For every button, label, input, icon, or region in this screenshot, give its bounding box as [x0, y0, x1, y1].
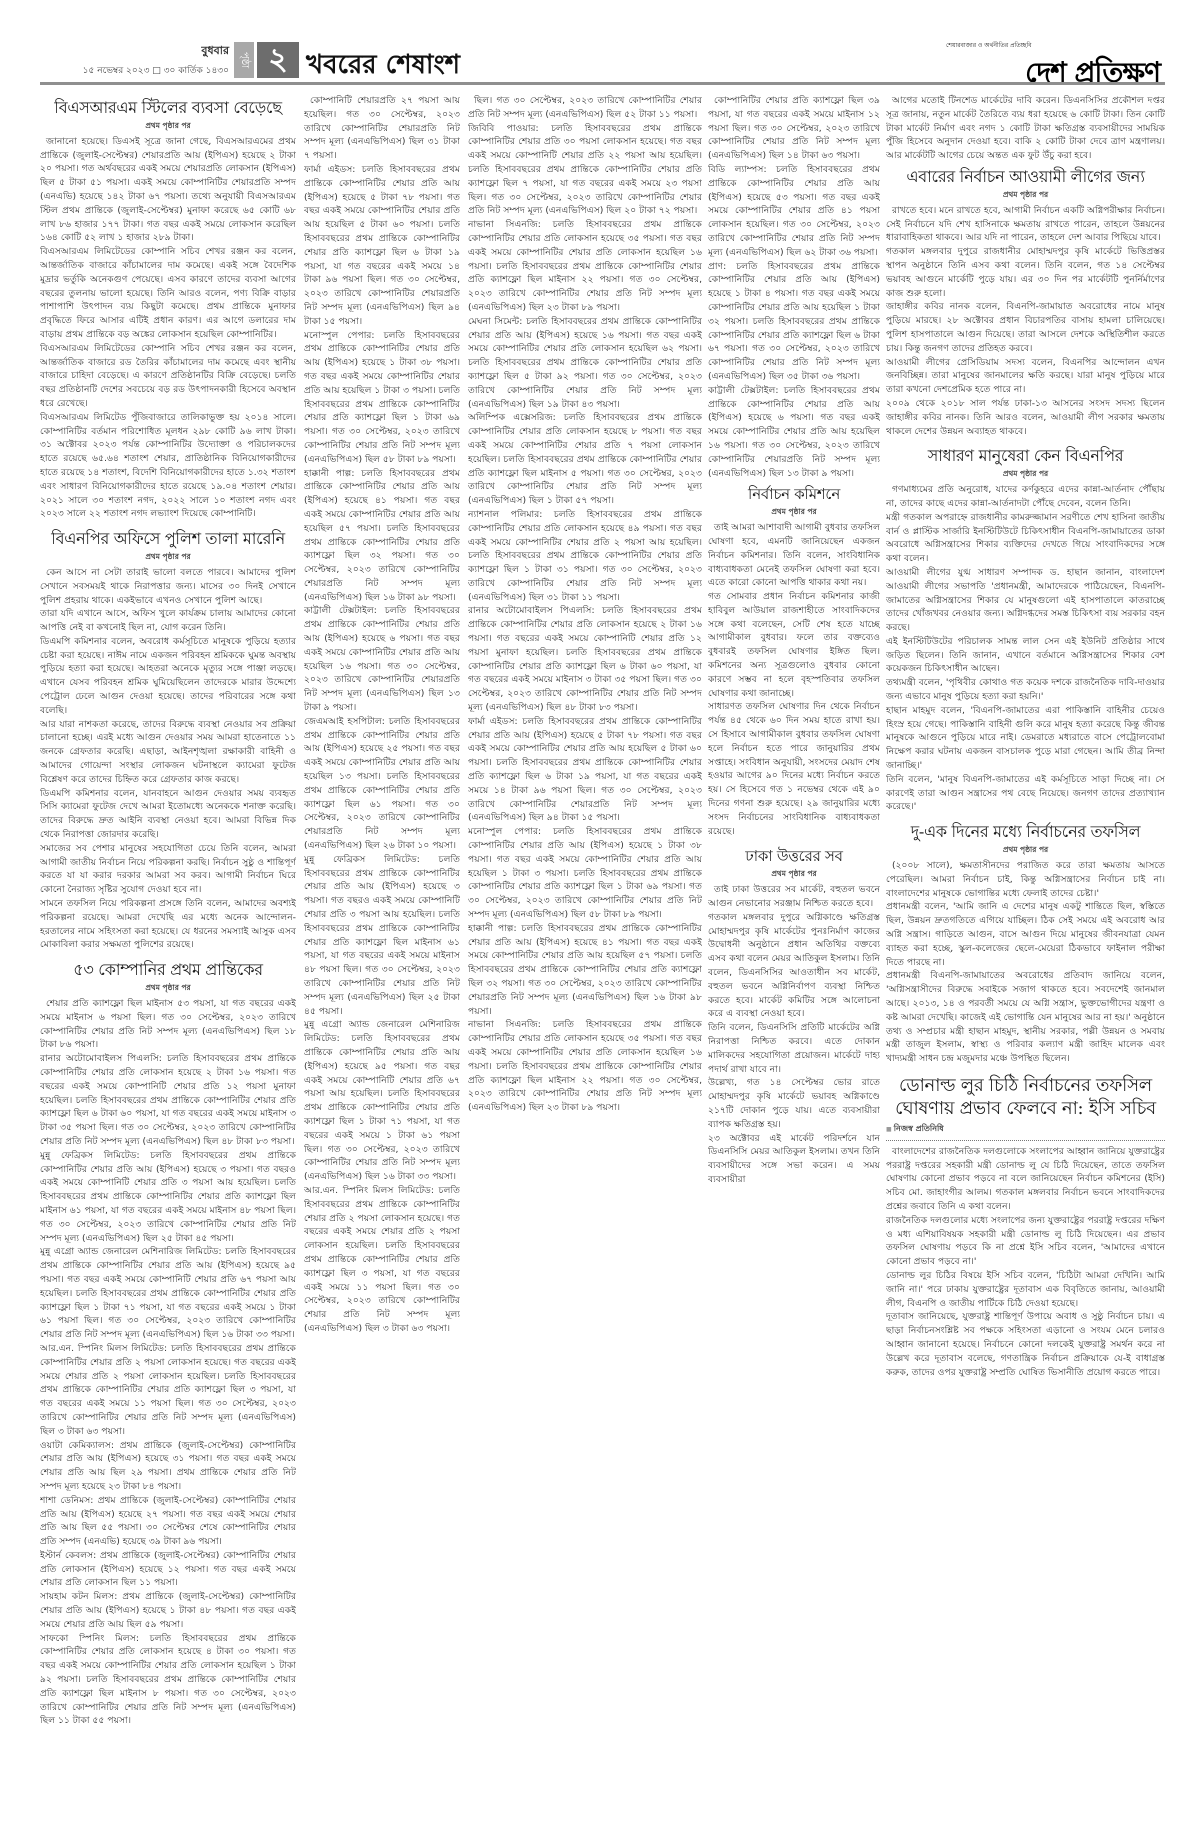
- weekday: বুধবার: [54, 42, 229, 61]
- company-item: হাক্কানী পাল্প: চলতি হিসাববছরের প্রথম প্…: [468, 922, 702, 1019]
- paragraph: বিএসআরএম লিমিটেডের কোম্পানি সচিব শেখর রঞ…: [40, 342, 296, 411]
- paragraph: গত সোমবার প্রধান নির্বাচন কমিশনার কাজী হ…: [708, 590, 880, 700]
- company-item: কাট্টালী টেক্সটাইল: চলতি হিসাববছরের প্রথ…: [304, 604, 460, 714]
- byline: নিজস্ব প্রতিনিধি: [886, 1122, 1165, 1137]
- company-item: প্রাণ: চলতি হিসাববছরের প্রথম প্রান্তিকে …: [708, 260, 880, 384]
- jump-label: প্রথম পৃষ্ঠার পর: [708, 505, 880, 519]
- paragraph: (২০০৮ সালে), ক্ষমতাসীনদের পরাজিত করে তার…: [886, 859, 1165, 900]
- headline-53-companies: ৫৩ কোম্পানির প্রথম প্রান্তিকের: [40, 960, 296, 980]
- story-schedule: দু-এক দিনের মধ্যে নির্বাচনের তফসিল প্রথম…: [886, 822, 1165, 1066]
- paragraph: প্রধানমন্ত্রী বিএনপি-জামায়াতের অবরোধের …: [886, 969, 1165, 1066]
- company-item: জিবিবি পাওয়ার: চলতি হিসাববছরের প্রথম প্…: [468, 122, 702, 219]
- page-number: ২: [257, 42, 299, 78]
- paragraph: তিনি বলেন, ডিএনসিসি প্রতিটি মার্কেটের অগ…: [708, 1021, 880, 1076]
- story-donald-lu: ডোনাল্ড লুর চিঠি নির্বাচনের তফসিল ঘোষণায…: [886, 1074, 1165, 1379]
- company-item: ওয়াটা কেমিক্যালস: প্রথম প্রান্তিকে (জুল…: [40, 1439, 296, 1494]
- column-4: কোম্পানিটির শেয়ার প্রতি ক্যাশফ্লো ছিল ৩…: [708, 94, 880, 1834]
- story-election-commission: নির্বাচন কমিশনে প্রথম পৃষ্ঠার পর তাই আমর…: [708, 484, 880, 838]
- masthead-tagline: শেয়ারবাজার ও অর্থনীতির প্রতিচ্ছবি: [940, 40, 1160, 51]
- paragraph: তাই আমরা আশাবাদী আগামী বুধবার তফসিল ঘোষণ…: [708, 521, 880, 590]
- company-item: নাভানা সিএনজি: চলতি হিসাববছরের প্রথম প্র…: [468, 218, 702, 315]
- column-5: আগের মতোই টিনশেড মার্কেটের দাবি করেন। ডি…: [886, 94, 1165, 1834]
- company-item: মুন্নু ফেব্রিকস লিমিটেড: চলতি হিসাববছরের…: [40, 1149, 296, 1246]
- story-bsrm: বিএসআরএম স্টিলের ব্যবসা বেড়েছে প্রথম পৃ…: [40, 98, 296, 521]
- company-item: শেয়ার প্রতি ক্যাশফ্লো ছিল মাইনাস ৫৩ পয়…: [40, 997, 296, 1052]
- paragraph: দূতাবাস জানিয়েছে, যুক্তরাষ্ট্র শান্তিপূ…: [886, 1310, 1165, 1379]
- jump-label: প্রথম পৃষ্ঠার পর: [40, 550, 296, 564]
- company-item: আর.এন. স্পিনিং মিলস লিমিটেড: চলতি হিসাবব…: [304, 1184, 460, 1336]
- story-bnp-why: সাধারণ মানুষেরা কেন বিএনপির প্রথম পৃষ্ঠা…: [886, 446, 1165, 814]
- paragraph: আগের মতোই টিনশেড মার্কেটের দাবি করেন। ডি…: [886, 94, 1165, 163]
- company-item: ফার্মা এইডস: চলতি হিসাববছরের প্রথম প্রান…: [468, 715, 702, 825]
- jump-label: প্রথম পৃষ্ঠার পর: [40, 119, 296, 133]
- jump-label: প্রথম পৃষ্ঠার পর: [886, 843, 1165, 857]
- jump-label: প্রথম পৃষ্ঠার পর: [708, 867, 880, 881]
- paragraph: রাজনৈতিক দলগুলোর মধ্যে সংলাপের জন্য যুক্…: [886, 1214, 1165, 1269]
- story-dhaka-north: ঢাকা উত্তরের সব প্রথম পৃষ্ঠার পর তাই ঢাক…: [708, 846, 880, 1186]
- paragraph: জাহাঙ্গীর কবির নানক বলেন, বিএনপি-জামায়া…: [886, 300, 1165, 355]
- paragraph: তথ্যমন্ত্রী বলেন, 'পৃথিবীর কোথাও গত কয়ে…: [886, 676, 1165, 704]
- column-3: ছিল। গত ৩০ সেপ্টেম্বর, ২০২৩ তারিখে কোম্প…: [468, 94, 702, 1834]
- paragraph: প্রধানমন্ত্রী বলেন, 'আমি জানি এ দেশের মা…: [886, 900, 1165, 969]
- company-item: ছিল। গত ৩০ সেপ্টেম্বর, ২০২৩ তারিখে কোম্প…: [468, 94, 702, 122]
- paragraph: আওয়ামী লীগের প্রেসিডিয়াম সদস্য বলেন, ব…: [886, 356, 1165, 397]
- company-item: সায়হাম কটন মিলস: প্রথম প্রান্তিকে (জুলা…: [40, 1590, 296, 1631]
- company-item: মুন্নু ফেব্রিকস লিমিটেড: চলতি হিসাববছরের…: [304, 853, 460, 1019]
- paragraph: তারা যদি এখানে আসে, অফিস খুলে কার্যক্রম …: [40, 607, 296, 635]
- company-item: রানার অটোমোবাইলস পিএলসি: চলতি হিসাববছরের…: [468, 604, 702, 714]
- paragraph: মন্ত্রী গতকাল অপরাহ্নে রাজধানীর কামরুজ্জ…: [886, 511, 1165, 566]
- company-item: মনোস্পুল পেপার: চলতি হিসাববছরের প্রথম প্…: [468, 825, 702, 922]
- paragraph: ডিএমপি কমিশনার বলেন, যানবাহনে আগুন দেওয়…: [40, 787, 296, 842]
- company-item: কাট্টালী টেক্সটাইল: চলতি হিসাববছরের প্রথ…: [708, 384, 880, 481]
- company-item: অলিম্পিক এক্সেসরিজ: চলতি হিসাববছরের প্রথ…: [468, 411, 702, 508]
- paragraph: বিএসআরএম লিমিটেডের কোম্পানি সচিব শেখর রঞ…: [40, 245, 296, 342]
- company-item: রানার অটোমোবাইলস পিএলসি: চলতি হিসাববছরের…: [40, 1052, 296, 1149]
- company-item: ফার্মা এইডস: চলতি হিসাববছরের প্রথম প্রান…: [304, 163, 460, 329]
- headline-awami-election: এবারের নির্বাচন আওয়ামী লীগের জন্য: [886, 167, 1165, 187]
- paragraph: বিএসআরএম লিমিটেড পুঁজিবাজারে তালিকাভুক্ত…: [40, 411, 296, 521]
- dateline: ১৫ নভেম্বর ২০২৩ □ ৩০ কার্তিক ১৪৩০: [54, 63, 229, 78]
- paragraph: সামনে তফসিল নিয়ে পরিকল্পনা প্রসঙ্গে তিন…: [40, 897, 296, 952]
- headline-bnp-why: সাধারণ মানুষেরা কেন বিএনপির: [886, 446, 1165, 466]
- paragraph: বাংলাদেশের রাজনৈতিক দলগুলোকে সংলাপের আহ্…: [886, 1145, 1165, 1214]
- paragraph: ২০০৯ থেকে ২০১৮ সাল পর্যন্ত ঢাকা-১৩ আসনের…: [886, 397, 1165, 438]
- paragraph: ডোনাল্ড লুর চিঠির বিষয়ে ইসি সচিব বলেন, …: [886, 1269, 1165, 1310]
- paragraph: আওয়ামী লীগের যুগ্ম সাধারণ সম্পাদক ড. হা…: [886, 566, 1165, 635]
- paragraph: তিনি বলেন, 'মানুষ বিএনপি-জামাতের এই কর্ম…: [886, 773, 1165, 814]
- headline-bsrm: বিএসআরএম স্টিলের ব্যবসা বেড়েছে: [40, 98, 296, 118]
- company-item: আর.এন. স্পিনিং মিলস লিমিটেড: চলতি হিসাবব…: [40, 1342, 296, 1439]
- company-item: শাশা ডেনিমস: প্রথম প্রান্তিকে (জুলাই-সেপ…: [40, 1494, 296, 1549]
- story-53-companies: ৫৩ কোম্পানির প্রথম প্রান্তিকের প্রথম পৃষ…: [40, 960, 296, 1728]
- paragraph: ডিএমপি কমিশনার বলেন, অবরোধ কর্মসূচিতে মা…: [40, 635, 296, 718]
- paragraph: আর যারা নাশকতা করেছে, তাদের বিরুদ্ধে ব্য…: [40, 718, 296, 787]
- paragraph: রাখতে হবে। মনে রাখতে হবে, আগামী নির্বাচন…: [886, 204, 1165, 245]
- masthead-logo: দেশ প্রতিক্ষণ: [940, 51, 1160, 98]
- page-label: পৃষ্ঠা: [234, 42, 254, 78]
- dotted-divider: [886, 1140, 1165, 1141]
- paragraph: কেন আসে না সেটা তারাই ভালো বলতে পারবে। আ…: [40, 566, 296, 607]
- column-2: কোম্পানিটি শেয়ারপ্রতি ২৭ পয়সা আয় হয়ে…: [304, 94, 460, 1834]
- column-1: বিএসআরএম স্টিলের ব্যবসা বেড়েছে প্রথম পৃ…: [40, 94, 296, 1834]
- headline-election-commission: নির্বাচন কমিশনে: [708, 484, 880, 504]
- newspaper-page: বুধবার ১৫ নভেম্বর ২০২৩ □ ৩০ কার্তিক ১৪৩০…: [40, 0, 1165, 1843]
- date-block: বুধবার ১৫ নভেম্বর ২০২৩ □ ৩০ কার্তিক ১৪৩০: [54, 42, 229, 78]
- paragraph: গণমাধ্যমের প্রতি অনুরোধ, যাদের কর্ণকুহরে…: [886, 483, 1165, 511]
- company-item: মুন্নু এগ্রো অ্যান্ড জেনারেল মেশিনারিজ ল…: [304, 1018, 460, 1184]
- paragraph: সাধারণত তফসিল ঘোষণার দিন থেকে নির্বাচন প…: [708, 700, 880, 838]
- paragraph: গতকাল মঙ্গলবার দুপুরে অগ্নিকাণ্ডে ক্ষতিগ…: [708, 911, 880, 1021]
- paragraph: এই ইনস্টিটিউটের পরিচালক সামন্ত লাল সেন এ…: [886, 635, 1165, 676]
- headline-dhaka-north: ঢাকা উত্তরের সব: [708, 846, 880, 866]
- headline-schedule: দু-এক দিনের মধ্যে নির্বাচনের তফসিল: [886, 822, 1165, 842]
- paragraph: উল্লেখ্য, গত ১৪ সেপ্টেম্বর ভোর রাতে মোহা…: [708, 1076, 880, 1131]
- paragraph: তাই ঢাকা উত্তরের সব মার্কেট, বহুতল ভবনে …: [708, 883, 880, 911]
- company-item: মেঘনা সিমেন্ট: চলতি হিসাববছরের প্রথম প্র…: [468, 315, 702, 412]
- company-item: মনোস্পুল পেপার: চলতি হিসাববছরের প্রথম প্…: [304, 329, 460, 467]
- jump-label: প্রথম পৃষ্ঠার পর: [886, 467, 1165, 481]
- company-item: কোম্পানিটি শেয়ারপ্রতি ২৭ পয়সা আয় হয়ে…: [304, 94, 460, 163]
- paragraph: ২৩ অক্টোবর এই মার্কেট পরিদর্শনে যান ডিএন…: [708, 1132, 880, 1187]
- paragraph: জানানো হয়েছে। ডিএসই সূত্রে জানা গেছে, ব…: [40, 135, 296, 245]
- company-item: নাভানা সিএনজি: চলতি হিসাববছরের প্রথম প্র…: [468, 1018, 702, 1115]
- company-item: বিডি ল্যাম্পস: চলতি হিসাববছরের প্রথম প্র…: [708, 163, 880, 260]
- company-item: জেএমআই হসপিটাল: চলতি হিসাববছরের প্রথম প্…: [304, 715, 460, 853]
- story-bnp-office: বিএনপির অফিসে পুলিশ তালা মারেনি প্রথম পৃ…: [40, 529, 296, 952]
- page-header: বুধবার ১৫ নভেম্বর ২০২৩ □ ৩০ কার্তিক ১৪৩০…: [40, 38, 1165, 80]
- story-awami-election: এবারের নির্বাচন আওয়ামী লীগের জন্য প্রথম…: [886, 167, 1165, 438]
- paragraph: গতকাল মঙ্গলবার দুপুরে রাজধানীর মোহাম্মদপ…: [886, 245, 1165, 300]
- company-item: মুন্নু এগ্রো অ্যান্ড জেনারেল মেশিনারিজ ল…: [40, 1245, 296, 1342]
- headline-bnp-office: বিএনপির অফিসে পুলিশ তালা মারেনি: [40, 529, 296, 549]
- paragraph: হাছান মাহমুদ বলেন, 'বিএনপি-জামাতের এরা প…: [886, 704, 1165, 773]
- company-item: ইস্টার্ন কেবলস: প্রথম প্রান্তিকে (জুলাই-…: [40, 1549, 296, 1590]
- masthead: শেয়ারবাজার ও অর্থনীতির প্রতিচ্ছবি দেশ প…: [940, 40, 1160, 98]
- header-rule: [40, 82, 1165, 85]
- jump-label: প্রথম পৃষ্ঠার পর: [886, 188, 1165, 202]
- company-item: সাফকো স্পিনিং মিলস: চলতি হিসাববছরের প্রথ…: [40, 1632, 296, 1729]
- jump-label: প্রথম পৃষ্ঠার পর: [40, 981, 296, 995]
- headline-donald-lu: ডোনাল্ড লুর চিঠি নির্বাচনের তফসিল ঘোষণায…: [886, 1074, 1165, 1120]
- company-item: হাক্কানী পাল্প: চলতি হিসাববছরের প্রথম প্…: [304, 467, 460, 605]
- paragraph: সমাজের সব পেশার মানুষের সহযোগিতা চেয়ে ত…: [40, 842, 296, 897]
- company-item: ন্যাশনাল পলিমার: চলতি হিসাববছরের প্রথম প…: [468, 508, 702, 605]
- company-item: কোম্পানিটির শেয়ার প্রতি ক্যাশফ্লো ছিল ৩…: [708, 94, 880, 163]
